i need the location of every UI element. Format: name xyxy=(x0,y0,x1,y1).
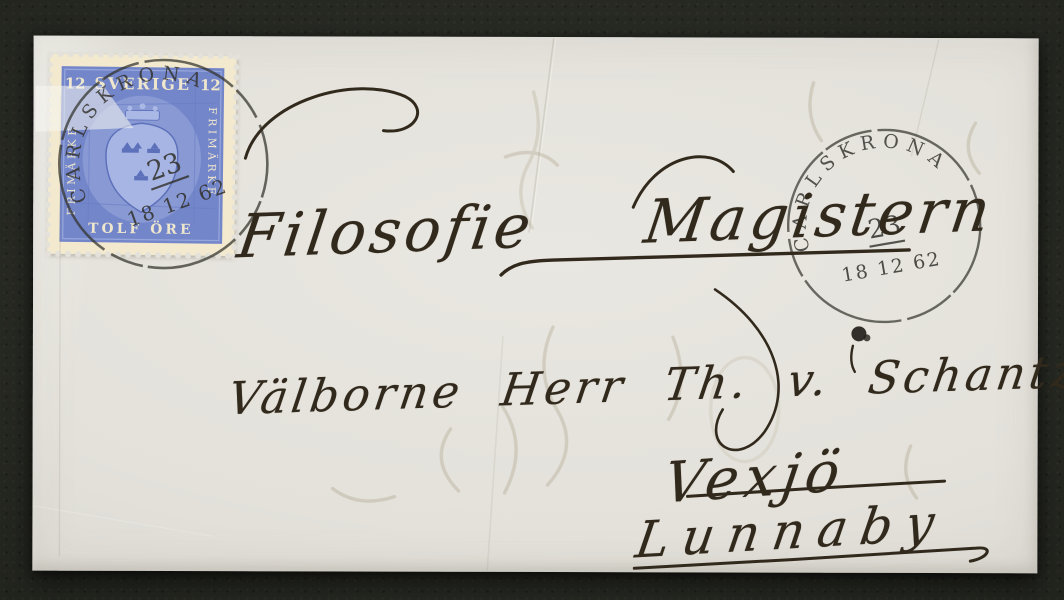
underline-town xyxy=(687,480,944,497)
underline-place xyxy=(634,547,987,569)
flourish-over-line1-right xyxy=(633,157,733,208)
pen-flourishes xyxy=(32,36,1038,574)
flourish-over-line1-left xyxy=(245,88,417,158)
pen-cross-stroke xyxy=(501,249,909,276)
ink-tail xyxy=(851,346,855,372)
photo-background: CARLSKRONA 23 18 12 62 CARLSKRONA 23 18 … xyxy=(0,0,1064,600)
ink-blob xyxy=(851,326,870,341)
descender-loop xyxy=(715,289,779,450)
letter-cover: CARLSKRONA 23 18 12 62 CARLSKRONA 23 18 … xyxy=(32,36,1038,574)
